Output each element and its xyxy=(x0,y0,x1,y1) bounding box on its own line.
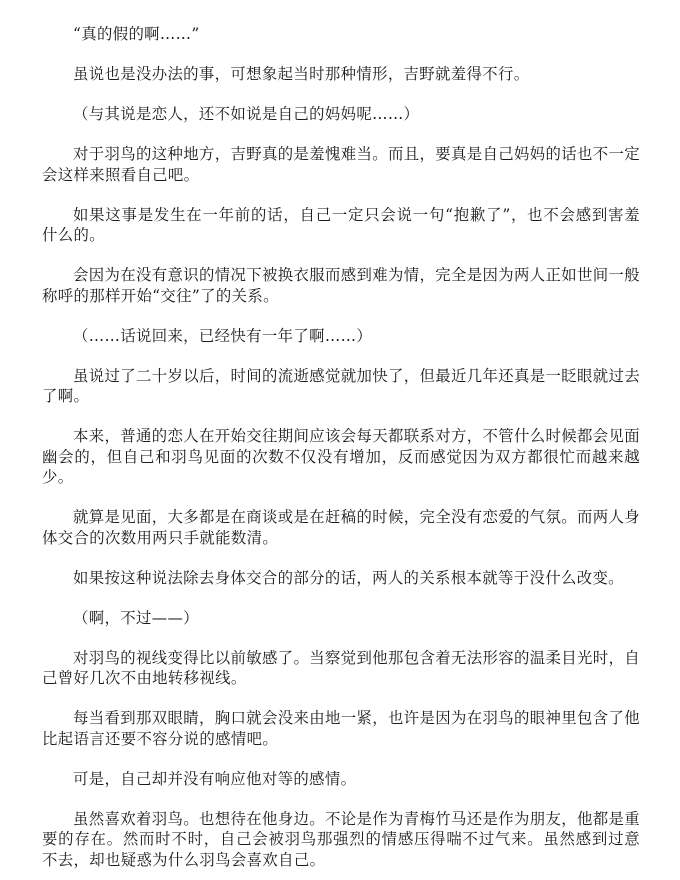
paragraph: 虽说也是没办法的事，可想象起当时那种情形，吉野就羞得不行。 xyxy=(42,64,640,85)
paragraph: 可是，自己却并没有响应他对等的感情。 xyxy=(42,769,640,790)
document-page: “真的假的啊……” 虽说也是没办法的事，可想象起当时那种情形，吉野就羞得不行。 … xyxy=(0,0,680,880)
paragraph: 对羽鸟的视线变得比以前敏感了。当察觉到他那包含着无法形容的温柔目光时，自己曾好几… xyxy=(42,648,640,689)
paragraph: 对于羽鸟的这种地方，吉野真的是羞愧难当。而且，要真是自己妈妈的话也不一定会这样来… xyxy=(42,144,640,185)
paragraph: 会因为在没有意识的情况下被换衣服而感到难为情，完全是因为两人正如世间一般称呼的那… xyxy=(42,265,640,306)
paragraph: 就算是见面，大多都是在商谈或是在赶稿的时候，完全没有恋爱的气氛。而两人身体交合的… xyxy=(42,507,640,548)
paragraph-dialog: （与其说是恋人，还不如说是自己的妈妈呢……） xyxy=(42,104,640,125)
paragraph: 虽然喜欢着羽鸟。也想待在他身边。不论是作为青梅竹马还是作为朋友，他都是重要的存在… xyxy=(42,809,640,871)
paragraph: 如果这事是发生在一年前的话，自己一定只会说一句“抱歉了”，也不会感到害羞什么的。 xyxy=(42,205,640,246)
paragraph-dialog: “真的假的啊……” xyxy=(42,24,640,45)
paragraph: 虽说过了二十岁以后，时间的流逝感觉就加快了，但最近几年还真是一眨眼就过去了啊。 xyxy=(42,366,640,407)
paragraph: 如果按这种说法除去身体交合的部分的话，两人的关系根本就等于没什么改变。 xyxy=(42,568,640,589)
paragraph-dialog: （啊，不过——） xyxy=(42,608,640,629)
paragraph-dialog: （……话说回来，已经快有一年了啊……） xyxy=(42,326,640,347)
paragraph: 本来，普通的恋人在开始交往期间应该会每天都联系对方，不管什么时候都会见面幽会的，… xyxy=(42,426,640,488)
paragraph: 每当看到那双眼睛，胸口就会没来由地一紧，也许是因为在羽鸟的眼神里包含了他比起语言… xyxy=(42,708,640,749)
